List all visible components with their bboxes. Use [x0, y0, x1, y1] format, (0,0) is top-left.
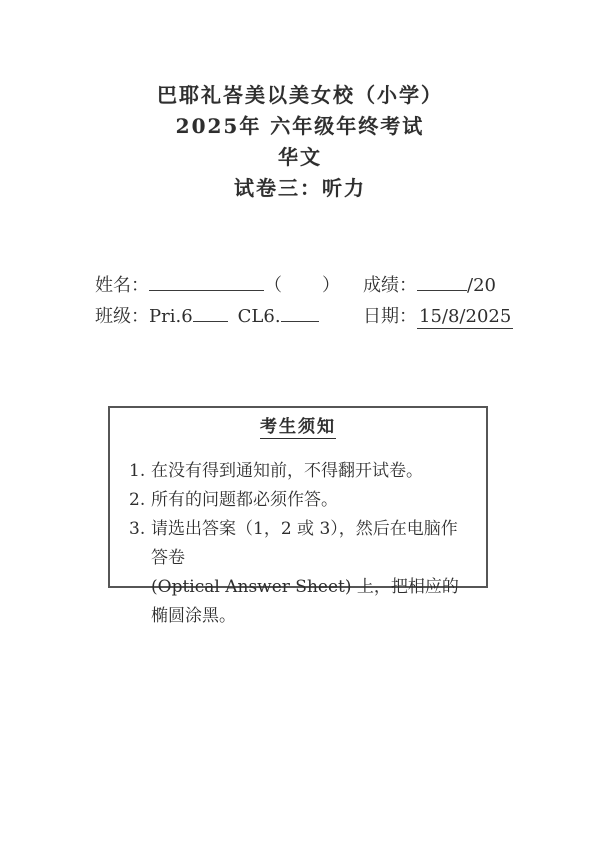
notice-item-1-line-1: 在没有得到通知前，不得翻开试卷。 — [151, 461, 423, 481]
class-cl-blank-line — [281, 306, 319, 322]
score-label: 成绩： — [363, 275, 417, 296]
score-denominator: /20 — [467, 275, 496, 296]
date-value: 15/8/2025 — [417, 306, 513, 329]
score-field: 成绩：/20 — [363, 270, 496, 301]
class-primary-blank-line — [193, 306, 228, 322]
name-field: 姓名：（） — [95, 270, 340, 301]
notice-item-3-text: 请选出答案（1，2 或 3），然后在电脑作答卷 (Optical Answer … — [151, 515, 472, 631]
school-name: 巴耶礼峇美以美女校（小学） — [0, 80, 600, 111]
notice-item-2-text: 所有的问题都必须作答。 — [151, 486, 472, 515]
notice-item-2-line-1: 所有的问题都必须作答。 — [151, 490, 338, 510]
notice-items: 1. 在没有得到通知前，不得翻开试卷。 2. 所有的问题都必须作答。 3. 请选… — [129, 457, 472, 631]
name-blank-line — [149, 275, 264, 291]
subject-title: 华文 — [0, 142, 600, 173]
class-cl-label: CL6. — [238, 306, 281, 327]
notice-item-3-line-2: (Optical Answer Sheet) 上，把相应的椭圆涂黑。 — [151, 573, 472, 631]
class-primary-label: Pri.6 — [149, 306, 193, 327]
index-close-paren: ） — [322, 275, 340, 296]
notice-item-1-number: 1. — [129, 457, 151, 486]
notice-item-3: 3. 请选出答案（1，2 或 3），然后在电脑作答卷 (Optical Answ… — [129, 515, 472, 631]
notice-item-2: 2. 所有的问题都必须作答。 — [129, 486, 472, 515]
index-open-paren: （ — [264, 275, 282, 296]
candidate-notice-box: 考生须知 1. 在没有得到通知前，不得翻开试卷。 2. 所有的问题都必须作答。 … — [108, 406, 488, 588]
info-row-2: 班级：Pri.6CL6. 日期：15/8/2025 — [95, 301, 505, 332]
info-row-1: 姓名：（） 成绩：/20 — [95, 270, 505, 301]
notice-item-2-number: 2. — [129, 486, 151, 515]
notice-title: 考生须知 — [110, 415, 486, 439]
name-label: 姓名： — [95, 275, 149, 296]
class-field: 班级：Pri.6CL6. — [95, 301, 319, 332]
title-block: 巴耶礼峇美以美女校（小学） 2025年 六年级年终考试 华文 试卷三：听力 — [0, 80, 600, 204]
exam-paper-page: 巴耶礼峇美以美女校（小学） 2025年 六年级年终考试 华文 试卷三：听力 姓名… — [0, 0, 600, 849]
notice-title-text: 考生须知 — [260, 417, 336, 439]
notice-item-3-number: 3. — [129, 515, 151, 631]
exam-year-title: 2025年 六年级年终考试 — [0, 111, 600, 142]
notice-item-3-line-1: 请选出答案（1，2 或 3），然后在电脑作答卷 — [151, 515, 472, 573]
notice-item-1: 1. 在没有得到通知前，不得翻开试卷。 — [129, 457, 472, 486]
notice-item-1-text: 在没有得到通知前，不得翻开试卷。 — [151, 457, 472, 486]
class-label: 班级： — [95, 306, 149, 327]
paper-title: 试卷三：听力 — [0, 173, 600, 204]
date-label: 日期： — [363, 306, 417, 327]
score-blank-line — [417, 275, 467, 291]
date-field: 日期：15/8/2025 — [363, 301, 513, 332]
student-info-block: 姓名：（） 成绩：/20 班级：Pri.6CL6. 日期：15/8/2025 — [95, 270, 505, 332]
